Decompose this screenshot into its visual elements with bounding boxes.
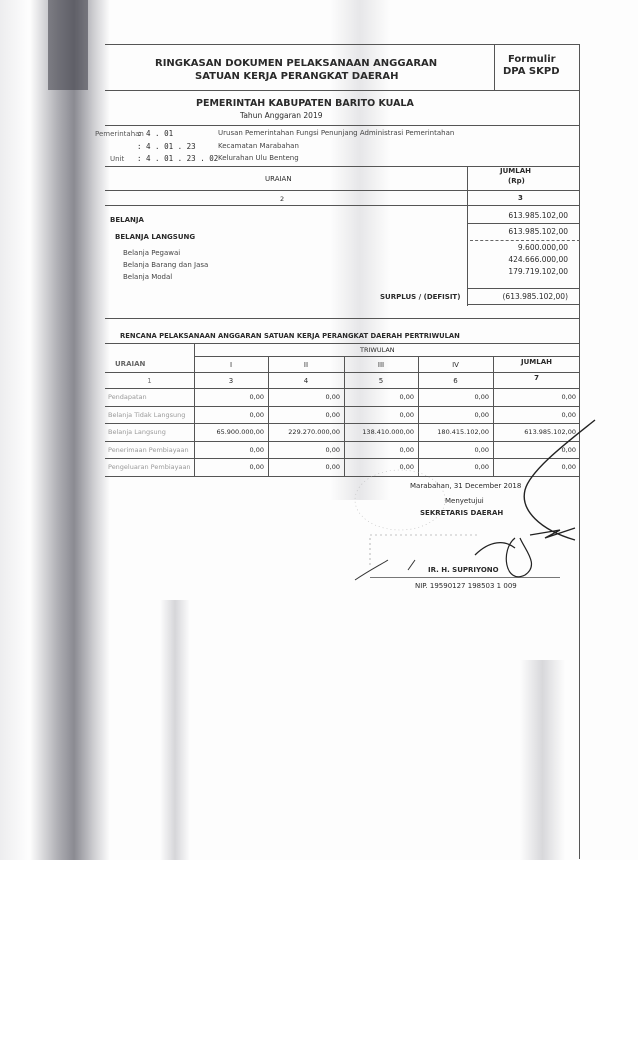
col-number: 2 [280,195,284,203]
col-number: 6 [418,377,493,385]
quarterly-cell: 0,00 [419,393,489,401]
form-code: DPA SKPD [503,66,560,77]
row-value: 9.600.000,00 [518,243,568,252]
identity-code: : 4 . 01 . 23 [137,142,196,151]
rule [467,304,580,305]
quarterly-row-label: Pengeluaran Pembiayaan [108,463,192,471]
rule [467,288,580,289]
document-subtitle: SATUAN KERJA PERANGKAT DAERAH [195,71,398,82]
handwritten-signature-icon [340,410,610,590]
rule [105,205,580,206]
rule [194,356,580,357]
col-uraian: URAIAN [265,175,292,183]
quarterly-cell: 65.900.000,00 [194,428,264,436]
identity-label: Unit [110,155,124,163]
quarter-header: III [344,361,418,369]
document-title: RINGKASAN DOKUMEN PELAKSANAAN ANGGARAN [155,58,437,69]
quarterly-cell: 0,00 [194,393,264,401]
quarterly-cell: 0,00 [194,446,264,454]
scan-smudge [30,0,110,860]
quarter-header: I [194,361,268,369]
scanned-page: RINGKASAN DOKUMEN PELAKSANAAN ANGGARAN S… [0,0,638,860]
government-name: PEMERINTAH KABUPATEN BARITO KUALA [196,98,414,109]
rule [467,166,468,306]
rule [494,44,495,90]
quarterly-row-label: Belanja Tidak Langsung [108,411,192,419]
quarterly-cell: 229.270.000,00 [270,428,340,436]
rule [467,223,580,224]
row-label: Belanja Barang dan Jasa [123,261,208,269]
identity-code: : 4 . 01 [137,129,173,138]
quarter-header: II [268,361,344,369]
scan-smudge [160,600,190,860]
identity-desc: Kecamatan Marabahan [218,142,299,150]
quarterly-cell: 0,00 [270,411,340,419]
row-value: 424.666.000,00 [508,255,568,264]
identity-desc: Urusan Pemerintahan Fungsi Penunjang Adm… [218,129,454,137]
identity-desc: Kelurahan Ulu Benteng [218,154,299,162]
scan-smudge [48,0,88,90]
row-value: 613.985.102,00 [508,227,568,236]
col-uraian: URAIAN [115,360,145,368]
rule [105,90,580,91]
quarterly-cell: 0,00 [270,446,340,454]
col-number: 3 [518,194,523,202]
quarterly-cell: 0,00 [270,463,340,471]
rule [105,388,580,389]
identity-code: : 4 . 01 . 23 . 02 [137,154,218,163]
col-number: 4 [268,377,344,385]
quarterly-cell: 0,00 [506,393,576,401]
col-jumlah: JUMLAH [500,167,531,175]
quarterly-cell: 0,00 [270,393,340,401]
fiscal-year: Tahun Anggaran 2019 [240,111,323,120]
jumlah-header: JUMLAH [493,358,580,366]
col-number: 5 [344,377,418,385]
col-number: 1 [105,377,194,385]
quarterly-title: RENCANA PELAKSANAAN ANGGARAN SATUAN KERJ… [120,332,460,340]
row-value: 179.719.102,00 [508,267,568,276]
rule [105,406,580,407]
quarterly-row-label: Pendapatan [108,393,192,401]
row-label: Belanja Modal [123,273,172,281]
row-label: Belanja Pegawai [123,249,180,257]
surplus-value: (613.985.102,00) [503,292,569,301]
rule [470,240,580,242]
surplus-label: SURPLUS / (DEFISIT) [380,293,460,301]
quarterly-cell: 0,00 [194,463,264,471]
rule [105,190,580,191]
scan-smudge [520,660,565,860]
form-label: Formulir [508,54,556,65]
triwulan-header: TRIWULAN [360,346,395,354]
rule [105,318,580,319]
rule [105,343,580,344]
col-number: 7 [493,374,580,382]
rule [105,125,580,126]
row-label: BELANJA LANGSUNG [115,233,195,241]
quarterly-row-label: Penerimaan Pembiayaan [108,446,192,454]
rule [105,44,580,45]
quarterly-cell: 0,00 [344,393,414,401]
quarter-header: IV [418,361,493,369]
col-number: 3 [194,377,268,385]
row-value: 613.985.102,00 [508,211,568,220]
rule [105,372,580,373]
quarterly-cell: 0,00 [194,411,264,419]
scan-shadow [0,0,28,860]
quarterly-row-label: Belanja Langsung [108,428,192,436]
row-label: BELANJA [110,216,144,224]
col-jumlah-unit: (Rp) [508,177,525,185]
